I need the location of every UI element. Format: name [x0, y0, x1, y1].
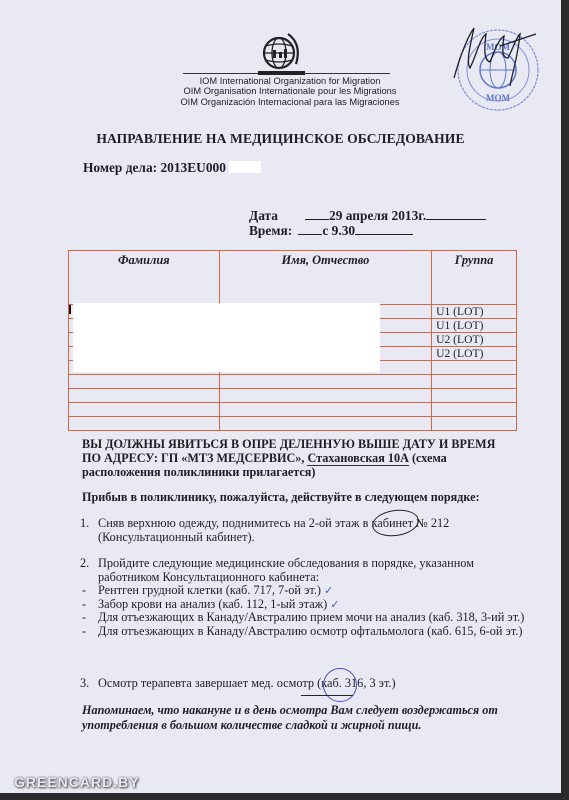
case-number-label: Номер дела:	[83, 160, 157, 175]
table-header-row: Фамилия Имя, Отчество Группа	[69, 251, 517, 305]
column-header-group: Группа	[432, 251, 517, 305]
bullet-dash: -	[82, 584, 86, 598]
address-street: Стахановская 10А	[307, 451, 408, 466]
iom-stamp-with-signature-icon: МОМ МОМ	[440, 16, 552, 112]
column-header-name: Имя, Отчество	[219, 251, 431, 305]
cell-name	[219, 403, 431, 417]
cell-surname	[69, 417, 220, 431]
address-line-3: расположения поликлиники прилагается)	[82, 465, 522, 479]
cell-surname	[69, 403, 220, 417]
cell-group: U2 (LOT)	[432, 333, 517, 347]
cell-group: U1 (LOT)	[432, 305, 517, 319]
cell-group: U1 (LOT)	[432, 319, 517, 333]
svg-text:МОМ: МОМ	[486, 93, 510, 103]
address-prefix: ПО АДРЕСУ: ГП «МТЗ МЕДСЕРВИС»,	[82, 451, 307, 465]
cell-surname	[69, 375, 220, 389]
redaction-edge-mark	[69, 305, 71, 314]
handwritten-underline	[301, 695, 353, 696]
step-2: 2. Пройдите следующие медицинские обслед…	[82, 557, 527, 639]
org-name-en: IOM International Organization for Migra…	[170, 76, 410, 86]
watermark: GREENCARD.BY	[14, 774, 140, 790]
column-header-surname: Фамилия	[69, 251, 220, 305]
redaction-box	[229, 161, 261, 173]
bullet-dash: -	[82, 598, 86, 612]
exam-list: -Рентген грудной клетки (каб. 717, 7-ой …	[82, 584, 527, 638]
time-label: Время:	[249, 223, 295, 239]
step-1-line-2: (Консультационный кабинет).	[98, 531, 527, 545]
step-number: 1.	[80, 517, 89, 531]
cell-group	[432, 375, 517, 389]
exam-text: Для отъезжающих в Канаду/Австралию прием…	[98, 610, 524, 624]
cell-group	[432, 389, 517, 403]
address-line-1: ВЫ ДОЛЖНЫ ЯВИТЬСЯ В ОПРЕ ДЕЛЕННУЮ ВЫШЕ Д…	[82, 437, 522, 451]
org-name-fr: OIM Organisation Internationale pour les…	[170, 86, 410, 96]
case-number: Номер дела: 2013EU000	[83, 160, 261, 176]
page-title: НАПРАВЛЕНИЕ НА МЕДИЦИНСКОЕ ОБСЛЕДОВАНИЕ	[0, 131, 561, 147]
exam-text: Забор крови на анализ (каб. 112, 1-ый эт…	[98, 597, 327, 611]
table-row	[69, 375, 517, 389]
scanned-page: IOM International Organization for Migra…	[0, 0, 561, 793]
iom-logo-icon	[258, 30, 302, 74]
step-number: 2.	[80, 557, 89, 571]
address-line-2: ПО АДРЕСУ: ГП «МТЗ МЕДСЕРВИС», Стахановс…	[82, 451, 522, 465]
step-number: 3.	[80, 677, 89, 691]
exam-text: Рентген грудной клетки (каб. 717, 7-ой э…	[98, 583, 321, 597]
handwritten-circle-room-316	[323, 668, 357, 702]
cell-surname	[69, 389, 220, 403]
exam-item: -Для отъезжающих в Канаду/Австралию осмо…	[82, 625, 527, 639]
arrival-instructions: Прибыв в поликлинику, пожалуйста, действ…	[82, 490, 522, 504]
table-row	[69, 403, 517, 417]
step-2-line-1: Пройдите следующие медицинские обследова…	[98, 557, 527, 571]
bullet-dash: -	[82, 625, 86, 639]
case-number-value: 2013EU000	[160, 160, 225, 175]
handwritten-check-icon: ✓	[324, 584, 333, 597]
handwritten-check-icon: ✓	[330, 598, 339, 611]
table-row	[69, 389, 517, 403]
date-value: 29 апреля 2013г.	[329, 208, 426, 223]
exam-text: Для отъезжающих в Канаду/Австралию осмот…	[98, 624, 522, 638]
bullet-dash: -	[82, 611, 86, 625]
cell-group: U2 (LOT)	[432, 347, 517, 361]
appointment-time: Время: с 9.30	[249, 223, 413, 239]
step-2-line-2: работником Консультационного кабинета:	[98, 571, 527, 585]
logo-divider-accent	[258, 71, 305, 75]
exam-item: -Забор крови на анализ (каб. 112, 1-ый э…	[82, 598, 527, 612]
date-label: Дата	[249, 208, 295, 224]
cell-group	[432, 403, 517, 417]
cell-name	[219, 417, 431, 431]
dietary-reminder: Напоминаем, что накануне и в день осмотр…	[82, 703, 527, 733]
step-3: 3. Осмотр терапевта завершает мед. осмот…	[82, 677, 527, 691]
step-1: 1. Сняв верхнюю одежду, поднимитесь на 2…	[82, 517, 527, 544]
time-value: с 9.30	[322, 223, 355, 238]
step-1-line-1: Сняв верхнюю одежду, поднимитесь на 2-ой…	[98, 517, 527, 531]
appointment-date: Дата 29 апреля 2013г.	[249, 208, 486, 224]
exam-item: -Рентген грудной клетки (каб. 717, 7-ой …	[82, 584, 527, 598]
organization-names: IOM International Organization for Migra…	[170, 76, 410, 107]
org-name-es: OIM Organización Internacional para las …	[170, 97, 410, 107]
address-instructions: ВЫ ДОЛЖНЫ ЯВИТЬСЯ В ОПРЕ ДЕЛЕННУЮ ВЫШЕ Д…	[82, 437, 522, 479]
table-row	[69, 417, 517, 431]
step-3-text: Осмотр терапевта завершает мед. осмотр (…	[98, 677, 527, 691]
cell-group	[432, 417, 517, 431]
cell-name	[219, 375, 431, 389]
redacted-names	[73, 303, 380, 372]
cell-group	[432, 361, 517, 375]
cell-name	[219, 389, 431, 403]
exam-item: -Для отъезжающих в Канаду/Австралию прие…	[82, 611, 527, 625]
address-suffix: (схема	[409, 451, 447, 465]
